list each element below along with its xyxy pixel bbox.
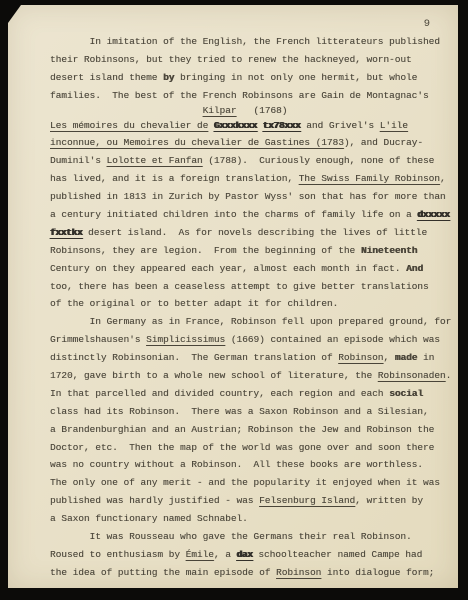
underlined-text: L'ile — [380, 120, 408, 131]
overtyped-text: made — [395, 352, 418, 363]
text-segment: a century initiated children into the ch… — [50, 209, 417, 220]
text-segment: of the original or to better adapt it fo… — [50, 298, 338, 309]
text-segment: It was Rousseau who gave the Germans the… — [50, 531, 412, 542]
text-segment: In that parcelled and divided country, e… — [50, 388, 389, 399]
text-segment: and Grivel's — [301, 120, 380, 131]
text-segment: has lived, and it is a foreign translati… — [50, 173, 299, 184]
text-segment: , a — [214, 549, 237, 560]
text-segment: a Saxon functionary named Schnabel. — [50, 513, 248, 524]
text-line: 1720, gave birth to a whole new school o… — [50, 367, 451, 385]
underlined-text: Felsenburg Island — [259, 495, 355, 506]
text-line: Robinsons, they are legion. From the beg… — [50, 242, 451, 260]
struck-out-text: tx78xxx — [263, 120, 301, 131]
struck-out-text: Gxxxkxxx — [214, 120, 257, 131]
text-line: published was hardly justified - was Fel… — [50, 492, 451, 510]
text-line: was no country without a Robinson. All t… — [50, 456, 451, 474]
text-segment: into dialogue form; — [321, 567, 434, 578]
text-line: Roused to enthusiasm by Émile, a dax sch… — [50, 546, 451, 564]
text-segment: the idea of putting the main episode of — [50, 567, 276, 578]
text-segment: Roused to enthusiasm by — [50, 549, 186, 560]
text-segment: Grimmelshausen's — [50, 334, 146, 345]
text-line: Grimmelshausen's Simplicissimus (1669) c… — [50, 331, 451, 349]
text-segment: Doctor, etc. Then the map of the world w… — [50, 442, 434, 453]
text-line: fxxtkx desert island. As for novels desc… — [50, 224, 451, 242]
text-line: a Brandenburghian and an Austrian; Robin… — [50, 421, 451, 439]
text-segment: distinctly Robinsonian. The German trans… — [50, 352, 338, 363]
text-line: desert island theme by bringing in not o… — [50, 69, 451, 87]
text-line: of the original or to better adapt it fo… — [50, 295, 451, 313]
text-line: has lived, and it is a foreign translati… — [50, 170, 451, 188]
text-line: families. The best of the French Robinso… — [50, 87, 451, 105]
text-line: Duminil's Lolotte et Fanfan (1788). Curi… — [50, 152, 451, 170]
text-segment: Duminil's — [50, 155, 107, 166]
text-line: a century initiated children into the ch… — [50, 206, 451, 224]
text-segment: was no country without a Robinson. All t… — [50, 459, 423, 470]
text-line: Les mémoires du chevalier de Gxxxkxxx tx… — [50, 117, 451, 135]
text-segment: desert island. As for novels describing … — [82, 227, 427, 238]
text-line: their Robinsons, but they tried to renew… — [50, 51, 451, 69]
text-line: In imitation of the English, the French … — [50, 33, 451, 51]
text-segment: , — [383, 352, 394, 363]
manuscript-page: 9 In imitation of the English, the Frenc… — [8, 5, 458, 588]
text-segment: families. The best of the French Robinso… — [50, 90, 429, 101]
underlined-text: Robinson — [338, 352, 383, 363]
text-line: It was Rousseau who gave the Germans the… — [50, 528, 451, 546]
text-segment: The only one of any merit - and the popu… — [50, 477, 440, 488]
text-line: The only one of any merit - and the popu… — [50, 474, 451, 492]
text-segment: 1720, gave birth to a whole new school o… — [50, 370, 378, 381]
text-segment: in — [417, 352, 434, 363]
text-segment: , written by — [355, 495, 423, 506]
text-line: distinctly Robinsonian. The German trans… — [50, 349, 451, 367]
underlined-text: Lolotte et Fanfan — [107, 155, 203, 166]
text-line: published in 1813 in Zurich by Pastor Wy… — [50, 188, 451, 206]
text-line: Kilpar (1768) — [50, 105, 451, 117]
text-segment: desert island theme — [50, 72, 163, 83]
text-segment: In imitation of the English, the French … — [50, 36, 440, 47]
overtyped-text: Nineteenth — [361, 245, 418, 256]
text-line: a Saxon functionary named Schnabel. — [50, 510, 451, 528]
text-segment: class had its Robinson. There was a Saxo… — [50, 406, 429, 417]
text-segment: In Germany as in France, Robinson fell u… — [50, 316, 451, 327]
overtyped-text: social — [389, 388, 423, 399]
text-segment: published in 1813 in Zurich by Pastor Wy… — [50, 191, 446, 202]
text-segment: (1669) contained an episode which was — [225, 334, 440, 345]
underlined-text: Kilpar — [203, 105, 237, 116]
text-line: the idea of putting the main episode of … — [50, 564, 451, 582]
text-line: inconnue, ou Memoires du chevalier de Ga… — [50, 134, 451, 152]
underlined-text: Simplicissimus — [146, 334, 225, 345]
typewritten-text: In imitation of the English, the French … — [50, 33, 451, 582]
underlined-text: Robinson — [276, 567, 321, 578]
text-segment: bringing in not only one hermit, but who… — [174, 72, 417, 83]
text-line: Doctor, etc. Then the map of the world w… — [50, 439, 451, 457]
text-line: Century on they appeared each year, almo… — [50, 260, 451, 278]
text-line: In that parcelled and divided country, e… — [50, 385, 451, 403]
text-segment: ), and Ducray- — [344, 137, 423, 148]
text-segment: (1788). Curiously enough, none of these — [203, 155, 435, 166]
struck-out-text: dxxxxx — [417, 209, 449, 220]
text-line: too, there has been a ceaseless attempt … — [50, 278, 451, 296]
text-segment: schoolteacher named Campe had — [253, 549, 423, 560]
struck-out-text: dax — [237, 549, 253, 560]
text-segment: Robinsons, they are legion. From the beg… — [50, 245, 361, 256]
text-segment: published was hardly justified - was — [50, 495, 259, 506]
text-segment — [50, 105, 203, 116]
text-line: In Germany as in France, Robinson fell u… — [50, 313, 451, 331]
text-line: class had its Robinson. There was a Saxo… — [50, 403, 451, 421]
underlined-text: The Swiss Family Robinson — [299, 173, 440, 184]
text-segment: . — [446, 370, 452, 381]
text-segment: a Brandenburghian and an Austrian; Robin… — [50, 424, 434, 435]
scan-frame: 9 In imitation of the English, the Frenc… — [0, 0, 468, 600]
text-segment: , — [440, 173, 446, 184]
overtyped-text: And — [406, 263, 423, 274]
text-segment: too, there has been a ceaseless attempt … — [50, 281, 429, 292]
underlined-text: Émile — [186, 549, 214, 560]
underlined-text: inconnue, ou Memoires du chevalier de Ga… — [50, 137, 344, 148]
underlined-text: Robinsonaden — [378, 370, 446, 381]
text-segment: their Robinsons, but they tried to renew… — [50, 54, 412, 65]
text-segment: Century on they appeared each year, almo… — [50, 263, 406, 274]
struck-out-text: fxxtkx — [50, 227, 82, 238]
underlined-text: Les mémoires du chevalier de — [50, 120, 208, 131]
text-segment: (1768) — [236, 105, 287, 116]
overtyped-text: by — [163, 72, 174, 83]
page-number: 9 — [424, 18, 430, 30]
